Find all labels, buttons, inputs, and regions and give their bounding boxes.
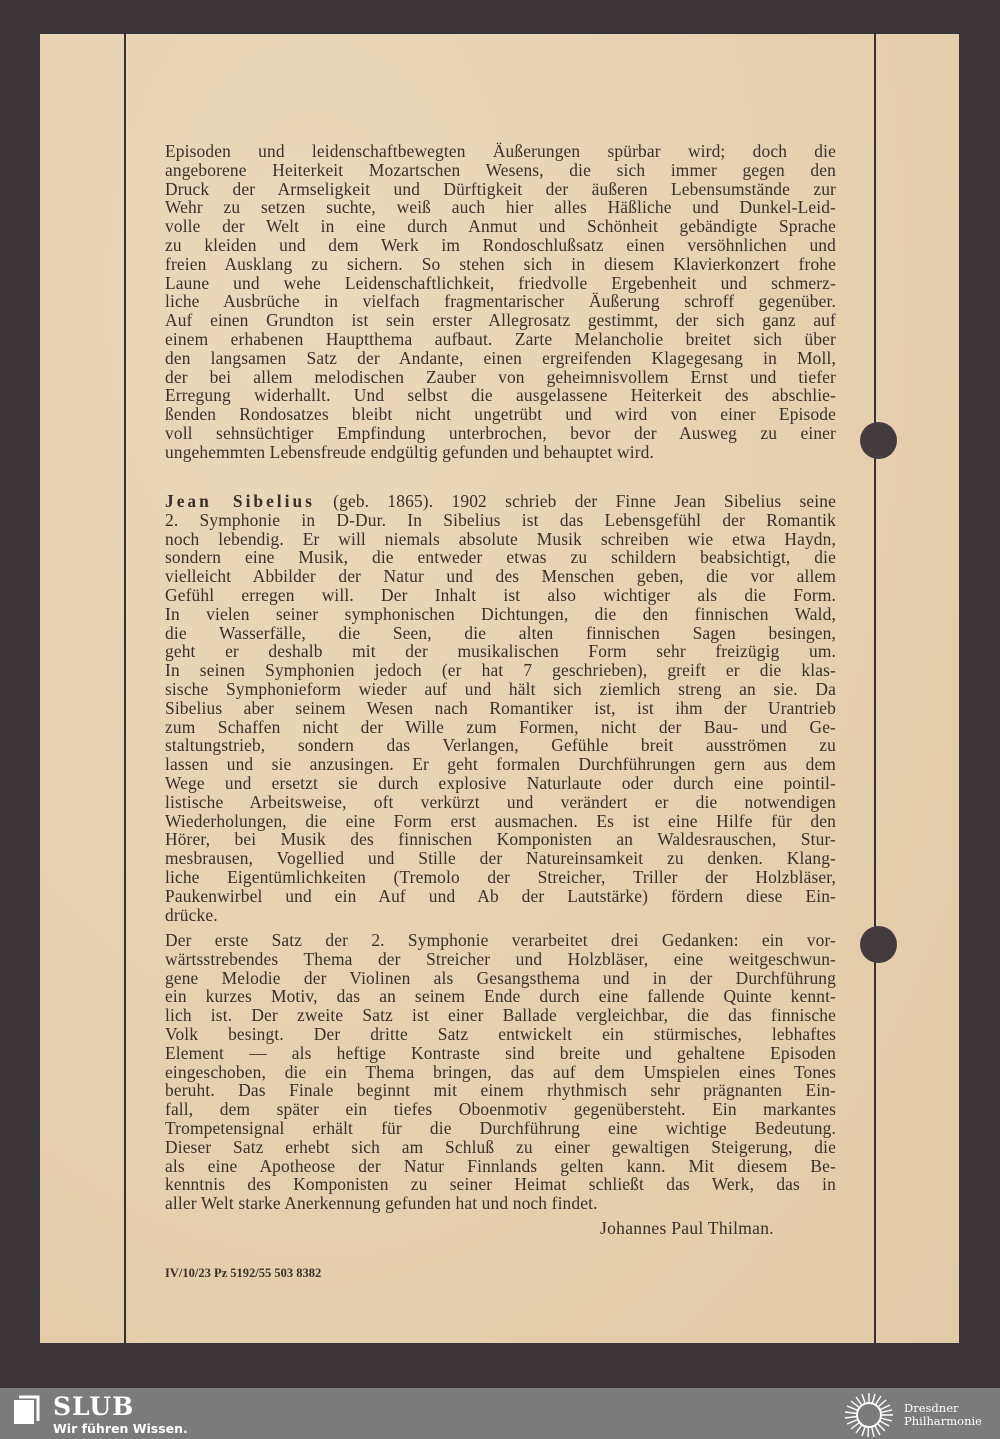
text-line: Laune und wehe Leidenschaftlichkeit, fri…: [165, 274, 836, 293]
author-signature: Johannes Paul Thilman.: [600, 1218, 774, 1239]
text-line: lassen und sie anzusingen. Er geht forma…: [165, 755, 836, 774]
text-line: wärtsstrebendes Thema der Streicher und …: [165, 950, 836, 969]
text-line: kenntnis des Komponisten zu seiner Heima…: [165, 1175, 836, 1194]
slub-brand-name[interactable]: SLUB: [53, 1392, 134, 1421]
text-line-heading: Jean Sibelius (geb. 1865). 1902 schrieb …: [165, 492, 836, 511]
text-line: gene Melodie der Violinen als Gesangsthe…: [165, 969, 836, 988]
slub-tagline: Wir führen Wissen.: [53, 1421, 188, 1436]
text-line: voll sehnsüchtiger Empfindung unterbroch…: [165, 424, 836, 443]
text-line: listische Arbeitsweise, oft verkürzt und…: [165, 793, 836, 812]
text-line: ungehemmten Lebensfreude endgültig gefun…: [165, 443, 836, 462]
text-line: 2. Symphonie in D-Dur. In Sibelius ist d…: [165, 511, 836, 530]
text-line: aller Welt starke Anerkennung gefunden h…: [165, 1194, 836, 1213]
text-line: sondern eine Musik, die entweder etwas z…: [165, 548, 836, 567]
text-line: Wehr zu setzen suchte, weiß auch hier al…: [165, 198, 836, 217]
text-line: zum Schaffen nicht der Wille zum Formen,…: [165, 718, 836, 737]
heading-line-rest: (geb. 1865). 1902 schrieb der Finne Jean…: [315, 491, 836, 511]
text-line: Volk besingt. Der dritte Satz entwickelt…: [165, 1025, 836, 1044]
text-line: In seinen Symphonien jedoch (er hat 7 ge…: [165, 661, 836, 680]
text-line: einem erhabenen Hauptthema aufbaut. Zart…: [165, 330, 836, 349]
text-line: den langsamen Satz der Andante, einen er…: [165, 349, 836, 368]
text-line: Wiederholungen, die eine Form erst ausma…: [165, 812, 836, 831]
text-line: freien Ausklang zu sichern. So stehen si…: [165, 255, 836, 274]
text-line: zu kleiden und dem Werk im Rondoschlußsa…: [165, 236, 836, 255]
text-line: lich ist. Der zweite Satz ist einer Ball…: [165, 1006, 836, 1025]
paragraph-sibelius-intro: Jean Sibelius (geb. 1865). 1902 schrieb …: [165, 492, 836, 924]
text-line: geht er deshalb mit der musikalischen Fo…: [165, 642, 836, 661]
text-line: sische Symphonieform wieder auf und hält…: [165, 680, 836, 699]
footer-bar: SLUB Wir führen Wissen. Dresdner Philhar…: [0, 1388, 1000, 1439]
text-line: Paukenwirbel und ein Auf und Ab der Laut…: [165, 887, 836, 906]
text-line: Druck der Armseligkeit und Dürftigkeit d…: [165, 180, 836, 199]
slub-book-icon: [14, 1394, 42, 1426]
text-line: Element — als heftige Kontraste sind bre…: [165, 1044, 836, 1063]
philharmonie-line2: Philharmonie: [904, 1415, 982, 1428]
text-line: Hörer, bei Musik des finnischen Komponis…: [165, 830, 836, 849]
text-line: Auf einen Grundton ist sein erster Alleg…: [165, 311, 836, 330]
text-line: eingeschoben, die ein Thema bringen, das…: [165, 1063, 836, 1082]
left-margin-line: [124, 34, 126, 1343]
text-line: der bei allem melodischen Zauber von geh…: [165, 368, 836, 387]
composer-name-heading: Jean Sibelius: [165, 491, 315, 511]
document-page: Episoden und leidenschaftbewegten Äußeru…: [40, 34, 959, 1343]
text-line: Erregung widerhallt. Und selbst die ausg…: [165, 386, 836, 405]
text-line: Trompetensignal erhält für die Durchführ…: [165, 1119, 836, 1138]
text-line: ßenden Rondosatzes bleibt nicht ungetrüb…: [165, 405, 836, 424]
text-line: Wege und ersetzt sie durch explosive Nat…: [165, 774, 836, 793]
text-line: staltungstrieb, sondern das Verlangen, G…: [165, 736, 836, 755]
text-line: mesbrausen, Vogellied und Stille der Nat…: [165, 849, 836, 868]
text-line: beruht. Das Finale beginnt mit einem rhy…: [165, 1081, 836, 1100]
text-line: Episoden und leidenschaftbewegten Äußeru…: [165, 142, 836, 161]
text-line: ein kurzes Motiv, das an seinem Ende dur…: [165, 987, 836, 1006]
paragraph-symphony-analysis: Der erste Satz der 2. Symphonie verarbei…: [165, 931, 836, 1213]
punch-hole-lower: [860, 926, 897, 963]
text-line: angeborene Heiterkeit Mozartschen Wesens…: [165, 161, 836, 180]
paragraph-mozart: Episoden und leidenschaftbewegten Äußeru…: [165, 142, 836, 462]
text-line: Sibelius aber seinem Wesen nach Romantik…: [165, 699, 836, 718]
text-line: Der erste Satz der 2. Symphonie verarbei…: [165, 931, 836, 950]
philharmonie-sunburst-icon: [842, 1392, 896, 1438]
text-line: fall, dem später ein tiefes Oboenmotiv g…: [165, 1100, 836, 1119]
print-code: IV/10/23 Pz 5192/55 503 8382: [165, 1266, 321, 1281]
text-line: liche Eigentümlichkeiten (Tremolo der St…: [165, 868, 836, 887]
right-margin-line: [874, 34, 876, 1343]
philharmonie-brand-name[interactable]: Dresdner Philharmonie: [904, 1402, 982, 1428]
text-line: Gefühl erregen will. Der Inhalt ist also…: [165, 586, 836, 605]
text-line: In vielen seiner symphonischen Dichtunge…: [165, 605, 836, 624]
text-line: noch lebendig. Er will niemals absolute …: [165, 530, 836, 549]
text-line: die Wasserfälle, die Seen, die alten fin…: [165, 624, 836, 643]
text-line: liche Ausbrüche in vielfach fragmentaris…: [165, 292, 836, 311]
punch-hole-upper: [860, 422, 897, 459]
text-line: drücke.: [165, 906, 836, 925]
text-line: vielleicht Abbilder der Natur und des Me…: [165, 567, 836, 586]
text-line: Dieser Satz erhebt sich am Schluß zu ein…: [165, 1138, 836, 1157]
text-line: als eine Apotheose der Natur Finnlands g…: [165, 1157, 836, 1176]
text-line: volle der Welt in eine durch Anmut und S…: [165, 217, 836, 236]
